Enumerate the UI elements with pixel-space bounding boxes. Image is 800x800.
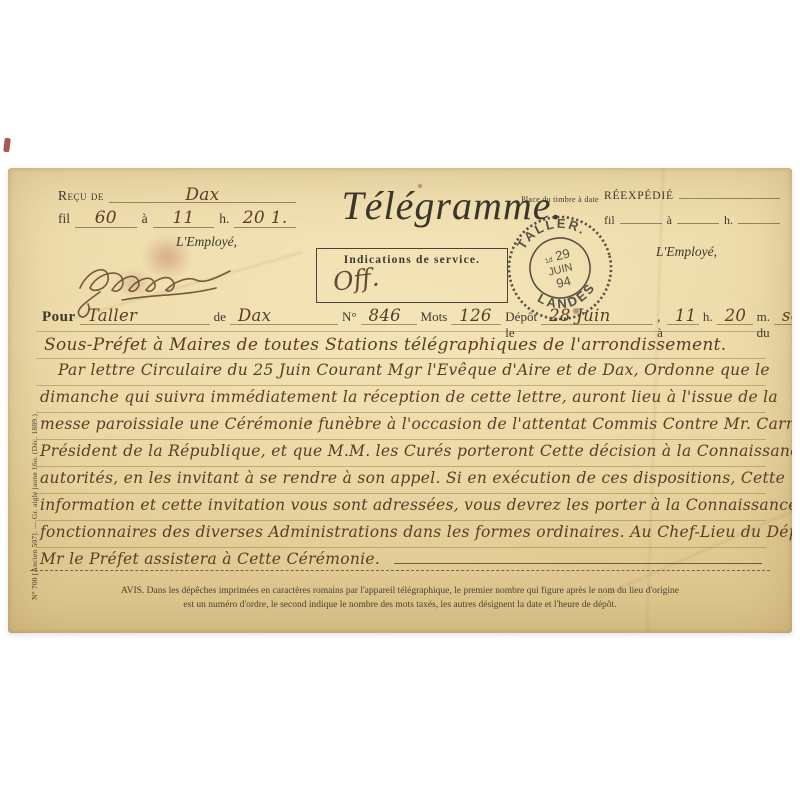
message-body: Par lettre Circulaire du 25 Juin Courant… <box>40 358 768 574</box>
a-line-right <box>677 223 719 224</box>
avis-line1: AVIS. Dans les dépêches imprimées en car… <box>38 584 762 598</box>
minute-value: 20 <box>717 308 753 325</box>
hour-value: 11 <box>667 308 699 325</box>
a-label-right: à <box>667 213 672 228</box>
message-line: dimanche qui suivra immédiatement la réc… <box>40 385 768 412</box>
employe-label-right: L'Employé, <box>656 244 717 260</box>
avis-text: AVIS. Dans les dépêches imprimées en car… <box>38 584 762 612</box>
a-value-line: 11 <box>153 211 215 228</box>
h-label-right: h. <box>724 213 733 228</box>
message-line: autorités, en les invitant à se rendre à… <box>40 466 768 493</box>
pour-label: Pour <box>42 309 76 326</box>
postmark-year: 94 <box>555 273 573 291</box>
reexpedie-line <box>679 198 780 199</box>
fil-value-line: 60 <box>75 211 137 228</box>
depot-value: 28 Juin <box>541 308 653 325</box>
fil-value: 60 <box>95 208 117 228</box>
scanned-telegram-page: Reçu de Dax fil 60 à 11 h. 20 1. L'Emplo… <box>0 0 800 800</box>
fil-line-right <box>620 223 662 224</box>
message-line: Président de la République, et que M.M. … <box>40 439 768 466</box>
fil-label-right: fil <box>604 213 615 228</box>
h-line-right <box>738 223 780 224</box>
message-line: Par lettre Circulaire du 25 Juin Courant… <box>40 358 768 385</box>
telegram-paper: Reçu de Dax fil 60 à 11 h. 20 1. L'Emplo… <box>8 168 792 633</box>
red-ink-mark <box>3 138 11 153</box>
recu-label: Reçu de <box>58 188 104 204</box>
recu-value-line: Dax <box>109 188 296 203</box>
a-label: à <box>142 211 148 227</box>
indications-box: Indications de service. Off. <box>316 248 508 303</box>
reexpedie-block: RÉEXPÉDIÉ fil à h. <box>604 190 780 236</box>
h-value: 20 1. <box>243 208 288 228</box>
message-line: Mr le Préfet assistera à Cette Cérémonie… <box>40 547 380 572</box>
fil-label: fil <box>58 211 70 227</box>
numero-label: N° <box>342 309 357 325</box>
form-reference-side-note: N° 700 [Ancien 507]. — Gr. aigle jaune 1… <box>30 370 39 600</box>
reexpedie-label: RÉEXPÉDIÉ <box>604 190 674 202</box>
pour-value: Taller <box>80 308 210 325</box>
period-value: soir <box>774 308 792 325</box>
pour-row: Pour Taller de Dax N° 846 Mots 126 Dépôt… <box>42 308 770 331</box>
h-label: h. <box>219 211 229 227</box>
indications-label: Indications de service. <box>317 254 507 266</box>
h-value-line: 20 1. <box>234 211 296 228</box>
avis-separator <box>30 570 770 571</box>
avis-line2: est un numéro d'ordre, le second indique… <box>38 598 762 612</box>
recu-block: Reçu de Dax fil 60 à 11 h. 20 1. <box>58 188 296 234</box>
a-value: 11 <box>172 208 194 228</box>
message-line: messe paroissiale une Cérémonie funèbre … <box>40 412 768 439</box>
indications-value: Off. <box>331 262 380 296</box>
de-label: de <box>214 309 226 325</box>
numero-value: 846 <box>361 308 417 325</box>
message-line: fonctionnaires des diverses Administrati… <box>40 520 768 547</box>
address-line: Sous-Préfet à Maires de toutes Stations … <box>44 334 768 356</box>
handwritten-filler-line <box>394 563 762 564</box>
mots-value: 126 <box>451 308 501 325</box>
h-label-form: h. <box>703 309 713 325</box>
postmark-day-prefix: 1d <box>544 257 553 266</box>
message-line: information et cette invitation vous son… <box>40 493 768 520</box>
mots-label: Mots <box>421 309 448 325</box>
recu-value: Dax <box>185 188 219 202</box>
de-value: Dax <box>230 308 338 325</box>
